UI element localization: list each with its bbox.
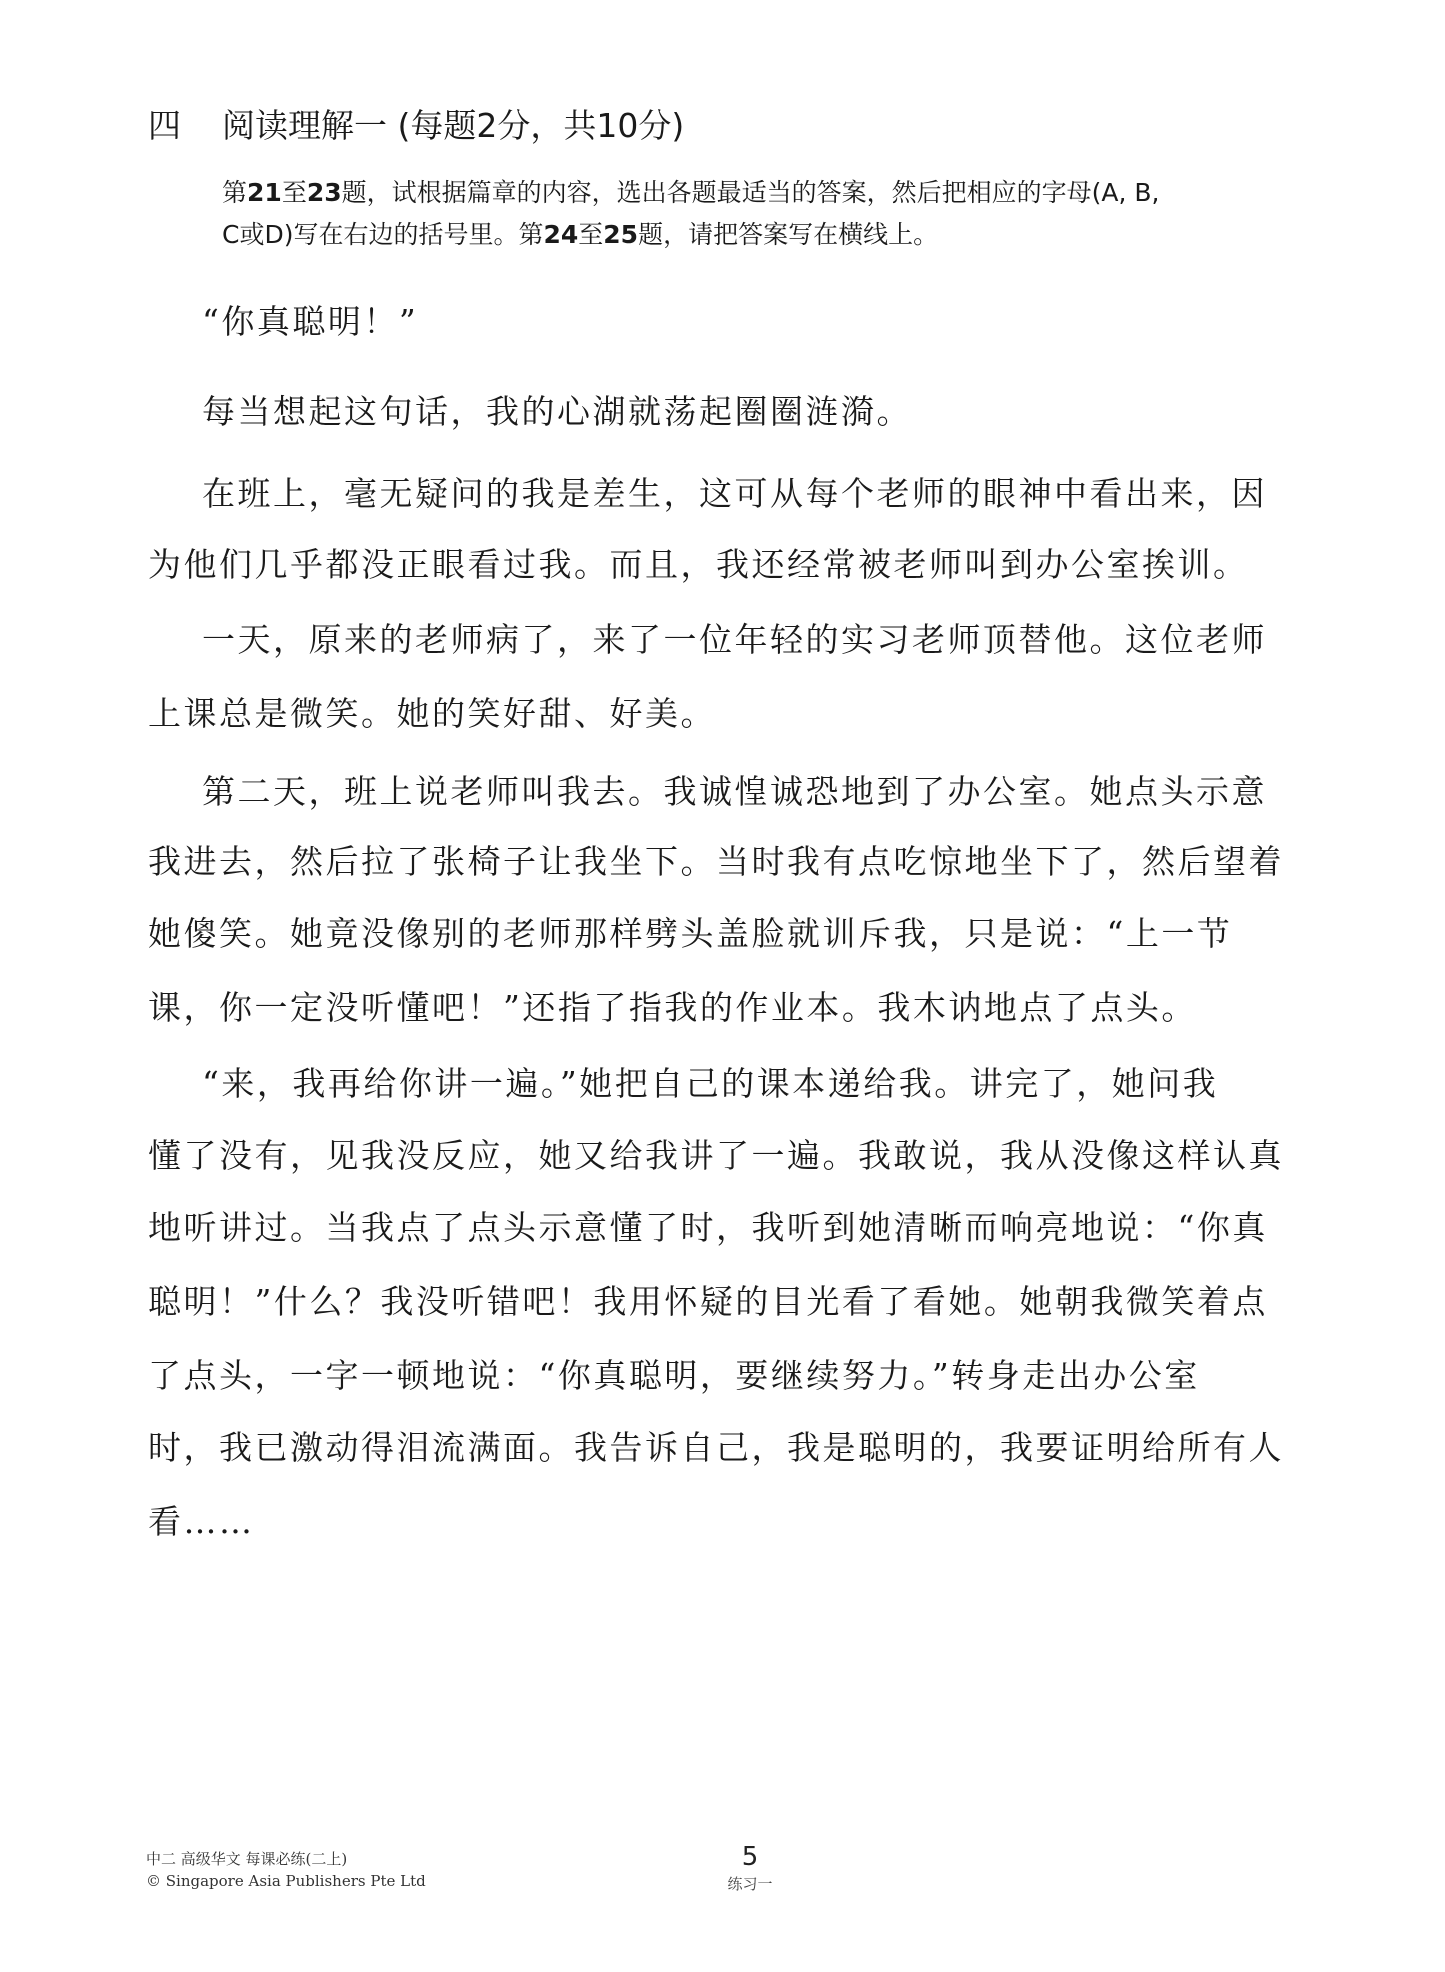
question-range-start: 24 <box>543 220 578 249</box>
book-title: 中二 高级华文 每课必练(二上) <box>146 1848 426 1870</box>
instr-text: 题，试根据篇章的内容，选出各题最适当的答案，然后把相应的字母(A, B, <box>342 178 1160 207</box>
instr-text: 题，请把答案写在横线上。 <box>638 220 938 249</box>
passage-line: 看…… <box>148 1496 255 1543</box>
instr-text: 第 <box>222 178 247 207</box>
question-range-end: 25 <box>603 220 638 249</box>
passage-line: 时，我已激动得泪流满面。我告诉自己，我是聪明的，我要证明给所有人 <box>148 1422 1284 1469</box>
instr-text: 至 <box>282 178 307 207</box>
passage-line: 一天，原来的老师病了，来了一位年轻的实习老师顶替他。这位老师 <box>202 614 1267 661</box>
passage-line: 聪明！”什么？我没听错吧！我用怀疑的目光看了看她。她朝我微笑着点 <box>148 1276 1268 1323</box>
question-range-end: 23 <box>307 178 342 207</box>
instructions: 第21至23题，试根据篇章的内容，选出各题最适当的答案，然后把相应的字母(A, … <box>222 172 1362 256</box>
passage-line: 每当想起这句话，我的心湖就荡起圈圈涟漪。 <box>202 386 912 433</box>
passage-line: 我进去，然后拉了张椅子让我坐下。当时我有点吃惊地坐下了，然后望着 <box>148 836 1284 883</box>
instructions-line-2: C或D)写在右边的括号里。第24至25题，请把答案写在横线上。 <box>222 214 1362 256</box>
passage-line: 为他们几乎都没正眼看过我。而且，我还经常被老师叫到办公室挨训。 <box>148 539 1249 586</box>
footer-publisher: 中二 高级华文 每课必练(二上) © Singapore Asia Publis… <box>146 1848 426 1892</box>
footer-page: 5 练习一 <box>700 1842 800 1896</box>
exercise-label: 练习一 <box>700 1872 800 1896</box>
section-title: 阅读理解一 (每题2分，共10分) <box>222 106 684 145</box>
instr-text: 至 <box>578 220 603 249</box>
page-number: 5 <box>700 1842 800 1872</box>
passage-line: 她傻笑。她竟没像别的老师那样劈头盖脸就训斥我，只是说：“上一节 <box>148 908 1232 955</box>
passage-line: 在班上，毫无疑问的我是差生，这可从每个老师的眼神中看出来，因 <box>202 468 1267 515</box>
passage-line: 第二天，班上说老师叫我去。我诚惶诚恐地到了办公室。她点头示意 <box>202 766 1267 813</box>
passage-line: 课，你一定没听懂吧！”还指了指我的作业本。我木讷地点了点头。 <box>148 982 1197 1029</box>
passage-line: 上课总是微笑。她的笑好甜、好美。 <box>148 688 716 735</box>
section-header: 四阅读理解一 (每题2分，共10分) <box>148 106 684 146</box>
section-number: 四 <box>148 106 222 146</box>
passage-line: “来，我再给你讲一遍。”她把自己的课本递给我。讲完了，她问我 <box>202 1058 1218 1105</box>
passage-line: 懂了没有，见我没反应，她又给我讲了一遍。我敢说，我从没像这样认真 <box>148 1130 1284 1177</box>
copyright: © Singapore Asia Publishers Pte Ltd <box>146 1870 426 1892</box>
question-range-start: 21 <box>247 178 282 207</box>
passage-line: 地听讲过。当我点了点头示意懂了时，我听到她清晰而响亮地说：“你真 <box>148 1202 1268 1249</box>
instr-text: C或D)写在右边的括号里。第 <box>222 220 543 249</box>
passage-line: “你真聪明！” <box>202 296 418 343</box>
passage-line: 了点头，一字一顿地说：“你真聪明，要继续努力。”转身走出办公室 <box>148 1350 1200 1397</box>
instructions-line-1: 第21至23题，试根据篇章的内容，选出各题最适当的答案，然后把相应的字母(A, … <box>222 172 1362 214</box>
